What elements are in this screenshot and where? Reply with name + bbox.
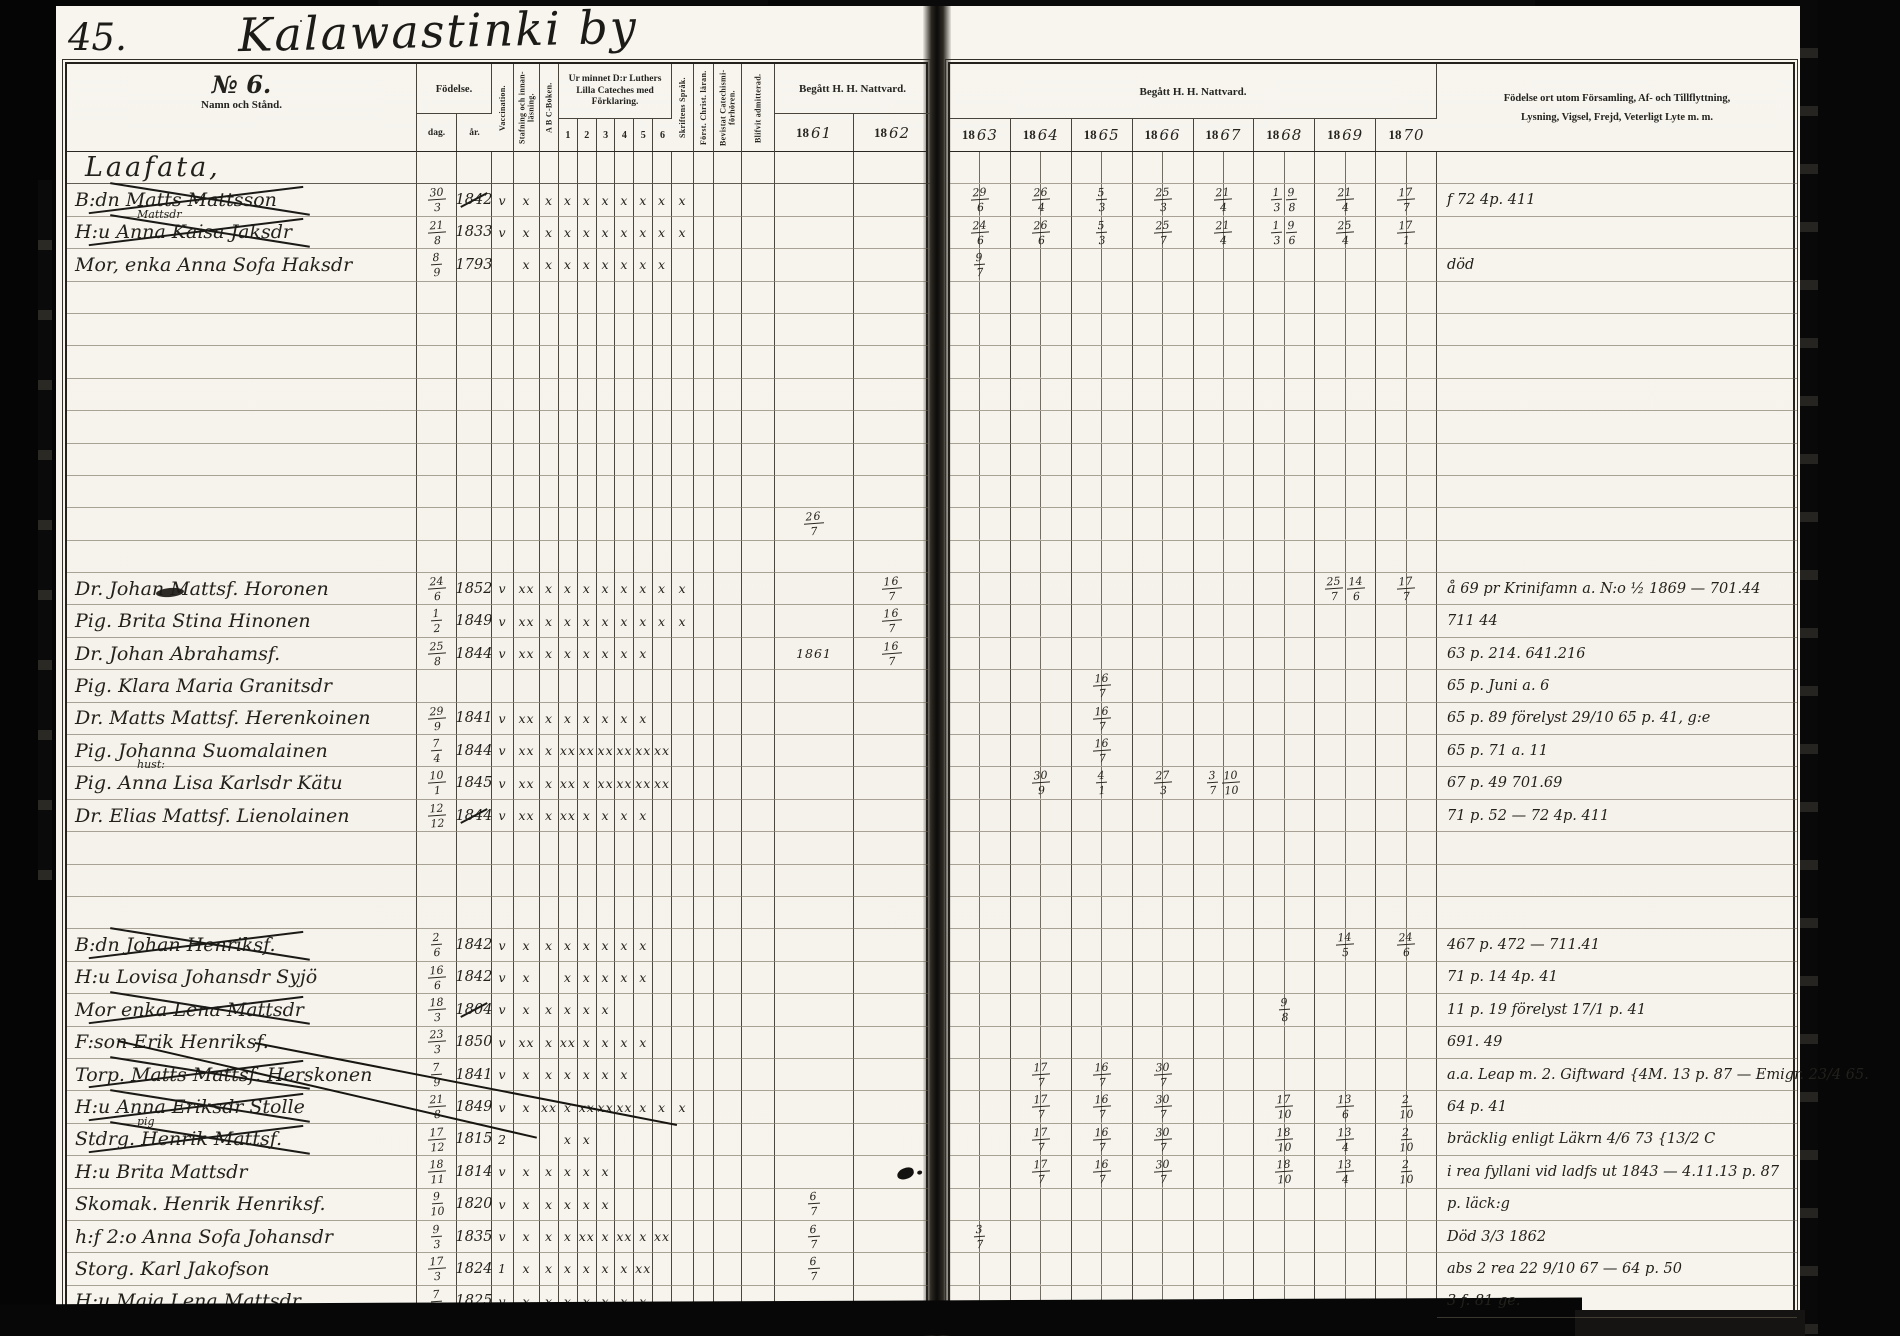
mark-cell <box>559 541 578 573</box>
catechism-grade-column: 1 <box>559 119 578 151</box>
mark-cell: x <box>540 217 559 249</box>
mark-cell <box>540 379 559 411</box>
communion-date-cell <box>1011 832 1072 864</box>
catechism-grade-column: 6 <box>653 119 672 151</box>
communion-date-cell: 167 <box>854 573 930 605</box>
communion-date-cell: 267 <box>775 508 854 540</box>
communion-date-cell <box>1072 541 1133 573</box>
mark-cell <box>559 865 578 897</box>
mark-cell: x <box>597 994 616 1026</box>
communion-date-cell <box>854 865 930 897</box>
communion-date-cell: 167 <box>854 638 930 670</box>
communion-date-cell <box>1376 1027 1437 1059</box>
table-row <box>67 314 926 346</box>
communion-date-cell <box>854 476 930 508</box>
mark-cell <box>672 152 694 184</box>
mark-cell <box>672 444 694 476</box>
communion-date-cell <box>854 1091 930 1123</box>
mark-cell <box>714 217 742 249</box>
mark-cell <box>634 379 653 411</box>
communion-date-cell <box>854 1253 930 1285</box>
mark-cell <box>492 411 514 443</box>
mark-cell <box>742 605 775 637</box>
mark-cell <box>742 184 775 216</box>
communion-date-cell <box>950 411 1011 443</box>
mark-cell: x <box>559 1189 578 1221</box>
communion-date-cell <box>1011 962 1072 994</box>
mark-cell: xx <box>559 767 578 799</box>
communion-date-cell <box>1133 832 1194 864</box>
communion-date-cell <box>1133 605 1194 637</box>
birth-year-cell <box>457 508 492 540</box>
table-row: 37Död 3/3 1862 <box>950 1221 1793 1253</box>
mark-cell <box>742 865 775 897</box>
mark-cell <box>672 638 694 670</box>
mark-cell <box>694 346 714 378</box>
mark-cell: x <box>559 1156 578 1188</box>
mark-cell: x <box>672 605 694 637</box>
mark-cell: x <box>653 1091 672 1123</box>
mark-cell: xx <box>514 638 540 670</box>
communion-date-cell <box>1133 411 1194 443</box>
communion-date-cell: 167 <box>1072 1059 1133 1091</box>
mark-cell: x <box>615 605 634 637</box>
mark-cell: x <box>578 249 597 281</box>
mark-cell <box>615 152 634 184</box>
mark-cell <box>694 962 714 994</box>
mark-cell: x <box>540 184 559 216</box>
mark-cell <box>694 184 714 216</box>
mark-cell <box>694 282 714 314</box>
mark-cell <box>653 314 672 346</box>
mark-cell <box>653 962 672 994</box>
mark-cell: x <box>615 249 634 281</box>
birth-year-cell: 1844 <box>457 735 492 767</box>
table-row: 97död <box>950 249 1793 281</box>
mark-cell <box>672 476 694 508</box>
communion-date-cell <box>1376 411 1437 443</box>
communion-date-cell <box>1011 670 1072 702</box>
notes-cell: i rea fyllani vid ladfs ut 1843 — 4.11.1… <box>1437 1156 1797 1188</box>
communion-date-cell: 1398 <box>1254 184 1315 216</box>
mark-cell <box>514 541 540 573</box>
communion-header-left: Begått H. H. Nattvard. <box>799 83 906 95</box>
person-name <box>67 541 417 573</box>
communion-date-cell <box>1072 411 1133 443</box>
birth-year-cell: 1844 <box>457 800 492 832</box>
communion-date-cell <box>1315 703 1376 735</box>
mark-cell <box>634 152 653 184</box>
mark-cell: x <box>578 994 597 1026</box>
communion-date-cell <box>1194 832 1255 864</box>
communion-date-cell: 177 <box>1011 1091 1072 1123</box>
mark-cell <box>653 994 672 1026</box>
table-row: 63 p. 214. 641.216 <box>950 638 1793 670</box>
communion-date-cell <box>1133 1221 1194 1253</box>
communion-date-cell: 273 <box>1133 767 1194 799</box>
mark-cell <box>672 1156 694 1188</box>
table-row <box>950 897 1793 929</box>
communion-date-cell <box>854 444 930 476</box>
notes-cell: 65 p. 71 a. 11 <box>1437 735 1797 767</box>
mark-cell: x <box>597 249 616 281</box>
communion-date-cell: 214 <box>1194 217 1255 249</box>
mark-cell <box>714 605 742 637</box>
mark-cell <box>742 897 775 929</box>
communion-date-cell <box>950 638 1011 670</box>
birth-year-cell <box>457 897 492 929</box>
communion-year-label: 1868 <box>1254 119 1315 151</box>
mark-cell <box>742 217 775 249</box>
communion-year-label: 1863 <box>950 119 1011 151</box>
communion-year-label: 1869 <box>1315 119 1376 151</box>
mark-cell <box>492 379 514 411</box>
mark-cell <box>514 670 540 702</box>
mark-cell: x <box>634 962 653 994</box>
notes-cell <box>1437 832 1797 864</box>
mark-cell: xx <box>653 735 672 767</box>
communion-date-cell <box>1072 152 1133 184</box>
mark-cell <box>615 1124 634 1156</box>
communion-date-cell <box>950 476 1011 508</box>
communion-date-cell <box>1376 1189 1437 1221</box>
communion-date-cell <box>1194 962 1255 994</box>
person-name <box>67 346 417 378</box>
mark-cell <box>615 346 634 378</box>
table-row: abs 2 rea 22 9/10 67 — 64 p. 50 <box>950 1253 1793 1285</box>
person-name <box>67 476 417 508</box>
table-row: Skomak. Henrik Henriksf.9101820vxxxxx67 <box>67 1189 926 1221</box>
communion-date-cell <box>1194 1189 1255 1221</box>
mark-cell <box>540 444 559 476</box>
communion-date-cell <box>1072 832 1133 864</box>
mark-cell: x <box>653 217 672 249</box>
birth-day-cell: 12 <box>417 605 457 637</box>
mark-cell <box>672 314 694 346</box>
communion-date-cell: 167 <box>854 605 930 637</box>
mark-cell: x <box>514 994 540 1026</box>
communion-date-cell: 266 <box>1011 217 1072 249</box>
communion-date-cell <box>854 1059 930 1091</box>
mark-cell: v <box>492 1156 514 1188</box>
catechism-exam-header: Bevistat Catechismi-förhören. <box>714 64 741 152</box>
mark-cell: v <box>492 1189 514 1221</box>
communion-date-cell <box>1376 897 1437 929</box>
mark-cell <box>672 767 694 799</box>
communion-date-cell <box>775 767 854 799</box>
table-row: p. läck:g <box>950 1189 1793 1221</box>
mark-cell: v <box>492 573 514 605</box>
mark-cell <box>714 346 742 378</box>
mark-cell: x <box>559 962 578 994</box>
mark-cell <box>540 962 559 994</box>
person-name: H:u Lovisa Johansdr Syjö <box>67 962 417 994</box>
mark-cell: x <box>597 800 616 832</box>
communion-date-cell <box>775 217 854 249</box>
person-name <box>67 282 417 314</box>
mark-cell <box>742 800 775 832</box>
mark-cell <box>615 508 634 540</box>
mark-cell: x <box>597 573 616 605</box>
mark-cell <box>672 929 694 961</box>
notes-cell: 71 p. 52 — 72 4p. 411 <box>1437 800 1797 832</box>
mark-cell: x <box>634 249 653 281</box>
vaccination-header: Vaccination. <box>492 64 513 152</box>
mark-cell: x <box>559 1124 578 1156</box>
mark-cell <box>492 152 514 184</box>
birth-day-cell <box>417 865 457 897</box>
mark-cell: x <box>578 1059 597 1091</box>
mark-cell <box>634 411 653 443</box>
mark-cell: x <box>540 1253 559 1285</box>
birth-year-cell <box>457 282 492 314</box>
mark-cell: v <box>492 962 514 994</box>
mark-cell <box>597 865 616 897</box>
mark-cell <box>742 379 775 411</box>
mark-cell: x <box>615 1059 634 1091</box>
table-row: Pig. Brita Stina Hinonen121849vxxxxxxxxx… <box>67 605 926 637</box>
mark-cell <box>714 1091 742 1123</box>
birth-day-cell: 1712 <box>417 1124 457 1156</box>
communion-date-cell: 307 <box>1133 1124 1194 1156</box>
mark-cell <box>742 832 775 864</box>
communion-date-cell <box>775 249 854 281</box>
table-row: H:u Lovisa Johansdr Syjö1661842vxxxxxx <box>67 962 926 994</box>
mark-cell <box>540 865 559 897</box>
birth-year-cell <box>457 444 492 476</box>
mark-cell: v <box>492 1221 514 1253</box>
mark-cell <box>672 1027 694 1059</box>
communion-date-cell <box>1315 346 1376 378</box>
mark-cell <box>597 444 616 476</box>
communion-date-cell <box>854 703 930 735</box>
scan-edge-bottom <box>0 1298 1582 1336</box>
mark-cell <box>694 314 714 346</box>
mark-cell <box>634 476 653 508</box>
communion-date-cell: 67 <box>775 1221 854 1253</box>
communion-date-cell <box>1194 379 1255 411</box>
birth-year-cell <box>457 411 492 443</box>
communion-date-cell <box>1133 800 1194 832</box>
communion-date-cell: 1810 <box>1254 1124 1315 1156</box>
mark-cell <box>694 508 714 540</box>
birth-year-cell: 1814 <box>457 1156 492 1188</box>
communion-date-cell <box>775 1156 854 1188</box>
mark-cell <box>694 1221 714 1253</box>
mark-cell <box>694 411 714 443</box>
communion-date-cell: 167 <box>1072 670 1133 702</box>
person-name: B:dn Matts Mattsson <box>67 184 417 216</box>
mark-cell <box>540 1124 559 1156</box>
communion-date-cell <box>1011 800 1072 832</box>
communion-date-cell <box>1376 541 1437 573</box>
mark-cell <box>672 282 694 314</box>
mark-cell: x <box>578 767 597 799</box>
mark-cell: xx <box>653 1221 672 1253</box>
communion-year-label: 1865 <box>1072 119 1133 151</box>
village-heading: Laafata, <box>67 152 417 184</box>
communion-date-cell: 177 <box>1376 573 1437 605</box>
mark-cell <box>672 1059 694 1091</box>
notes-cell <box>1437 865 1797 897</box>
mark-cell <box>742 735 775 767</box>
mark-cell <box>615 1156 634 1188</box>
mark-cell <box>492 476 514 508</box>
communion-date-cell <box>1011 249 1072 281</box>
mark-cell <box>559 282 578 314</box>
mark-cell <box>694 573 714 605</box>
mark-cell <box>492 832 514 864</box>
communion-date-cell <box>854 767 930 799</box>
communion-date-cell <box>1376 638 1437 670</box>
table-row: 257146177å 69 pr Krinifamn a. N:o ½ 1869… <box>950 573 1793 605</box>
communion-date-cell <box>1072 379 1133 411</box>
birth-year-cell <box>457 832 492 864</box>
mark-cell <box>634 1124 653 1156</box>
mark-cell <box>514 832 540 864</box>
mark-cell <box>492 508 514 540</box>
mark-cell <box>714 767 742 799</box>
communion-year-label: 1866 <box>1133 119 1194 151</box>
mark-cell <box>742 314 775 346</box>
communion-date-cell <box>1133 670 1194 702</box>
mark-cell <box>672 670 694 702</box>
mark-cell <box>615 314 634 346</box>
mark-cell: x <box>578 217 597 249</box>
communion-date-cell <box>1254 638 1315 670</box>
communion-date-cell <box>1011 994 1072 1026</box>
table-row: Torp. Matts Mattsf. Herskonen791841vxxxx… <box>67 1059 926 1091</box>
communion-date-cell <box>1254 1189 1315 1221</box>
table-row: Dr. Johan Mattsf. Horonen2461852vxxxxxxx… <box>67 573 926 605</box>
table-row: 16765 p. 71 a. 11 <box>950 735 1793 767</box>
mark-cell <box>597 346 616 378</box>
mark-cell <box>672 249 694 281</box>
communion-date-cell <box>950 962 1011 994</box>
communion-date-cell <box>950 897 1011 929</box>
communion-date-cell <box>950 605 1011 637</box>
communion-date-cell <box>1011 865 1072 897</box>
left-communion-years: 18611862 <box>775 113 930 151</box>
person-name <box>67 865 417 897</box>
table-row <box>67 476 926 508</box>
communion-date-cell <box>1254 897 1315 929</box>
communion-date-cell <box>1315 152 1376 184</box>
communion-date-cell <box>854 994 930 1026</box>
abc-book-header: A B C-Boken. <box>540 64 558 152</box>
mark-cell <box>672 1189 694 1221</box>
notes-cell: 65 p. 89 förelyst 29/10 65 p. 41, g:e <box>1437 703 1797 735</box>
communion-date-cell <box>1194 314 1255 346</box>
communion-date-cell <box>950 1253 1011 1285</box>
communion-date-cell <box>1376 962 1437 994</box>
person-name <box>67 379 417 411</box>
communion-date-cell: 210 <box>1376 1091 1437 1123</box>
notes-cell: bräcklig enligt Läkrn 4/6 73 {13/2 C <box>1437 1124 1797 1156</box>
mark-cell: x <box>540 605 559 637</box>
communion-date-cell: 37 <box>950 1221 1011 1253</box>
mark-cell: x <box>672 573 694 605</box>
mark-cell <box>615 541 634 573</box>
mark-cell <box>615 670 634 702</box>
communion-date-cell <box>950 444 1011 476</box>
communion-date-cell <box>1133 929 1194 961</box>
communion-year-label: 1867 <box>1194 119 1255 151</box>
mark-cell <box>559 411 578 443</box>
mark-cell: x <box>578 1027 597 1059</box>
communion-date-cell <box>1315 962 1376 994</box>
table-row: Pig. Johanna Suomalainen741844vxxxxxxxxx… <box>67 735 926 767</box>
communion-date-cell: 134 <box>1315 1156 1376 1188</box>
communion-date-cell <box>1194 670 1255 702</box>
table-row: 177167307a.a. Leap m. 2. Giftward {4M. 1… <box>950 1059 1793 1091</box>
communion-date-cell <box>1133 541 1194 573</box>
mark-cell <box>714 282 742 314</box>
communion-date-cell <box>950 282 1011 314</box>
birth-day-cell: 910 <box>417 1189 457 1221</box>
person-name: Storg. Karl Jakofson <box>67 1253 417 1285</box>
communion-date-cell: 214 <box>1194 184 1255 216</box>
mark-cell <box>615 897 634 929</box>
table-row <box>950 379 1793 411</box>
communion-date-cell <box>1254 444 1315 476</box>
mark-cell: xx <box>559 735 578 767</box>
mark-cell <box>672 832 694 864</box>
mark-cell: x <box>597 1059 616 1091</box>
mark-cell: x <box>597 605 616 637</box>
communion-date-cell <box>854 411 930 443</box>
right-communion-years: 18631864186518661867186818691870 <box>950 118 1437 151</box>
mark-cell: x <box>578 638 597 670</box>
communion-date-cell <box>1194 638 1255 670</box>
birth-year-cell <box>457 314 492 346</box>
mark-cell <box>578 476 597 508</box>
communion-date-cell <box>775 573 854 605</box>
mark-cell <box>514 865 540 897</box>
communion-date-cell <box>1011 508 1072 540</box>
birth-day-cell <box>417 444 457 476</box>
table-row <box>67 346 926 378</box>
communion-date-cell <box>950 152 1011 184</box>
mark-cell: x <box>540 800 559 832</box>
mark-cell: x <box>634 703 653 735</box>
mark-cell <box>694 735 714 767</box>
communion-date-cell <box>1072 865 1133 897</box>
birth-day-header: dag. <box>417 114 457 151</box>
communion-date-cell <box>1254 670 1315 702</box>
mark-cell: xx <box>597 767 616 799</box>
table-row <box>67 832 926 864</box>
communion-date-cell <box>775 865 854 897</box>
communion-date-cell <box>1194 1059 1255 1091</box>
mark-cell: x <box>559 703 578 735</box>
communion-date-cell <box>1254 508 1315 540</box>
mark-cell <box>694 1189 714 1221</box>
mark-cell <box>714 670 742 702</box>
mark-cell: x <box>615 962 634 994</box>
communion-date-cell <box>1011 1189 1072 1221</box>
mark-cell: x <box>615 929 634 961</box>
communion-date-cell <box>775 800 854 832</box>
mark-cell: x <box>578 1189 597 1221</box>
mark-cell: x <box>514 1253 540 1285</box>
mark-cell: x <box>615 1253 634 1285</box>
person-name: Pig. Johanna Suomalainen <box>67 735 417 767</box>
communion-date-cell <box>1376 994 1437 1026</box>
name-column-header: Namn och Stånd. <box>67 99 416 111</box>
communion-date-cell <box>950 670 1011 702</box>
communion-date-cell <box>1194 1253 1255 1285</box>
